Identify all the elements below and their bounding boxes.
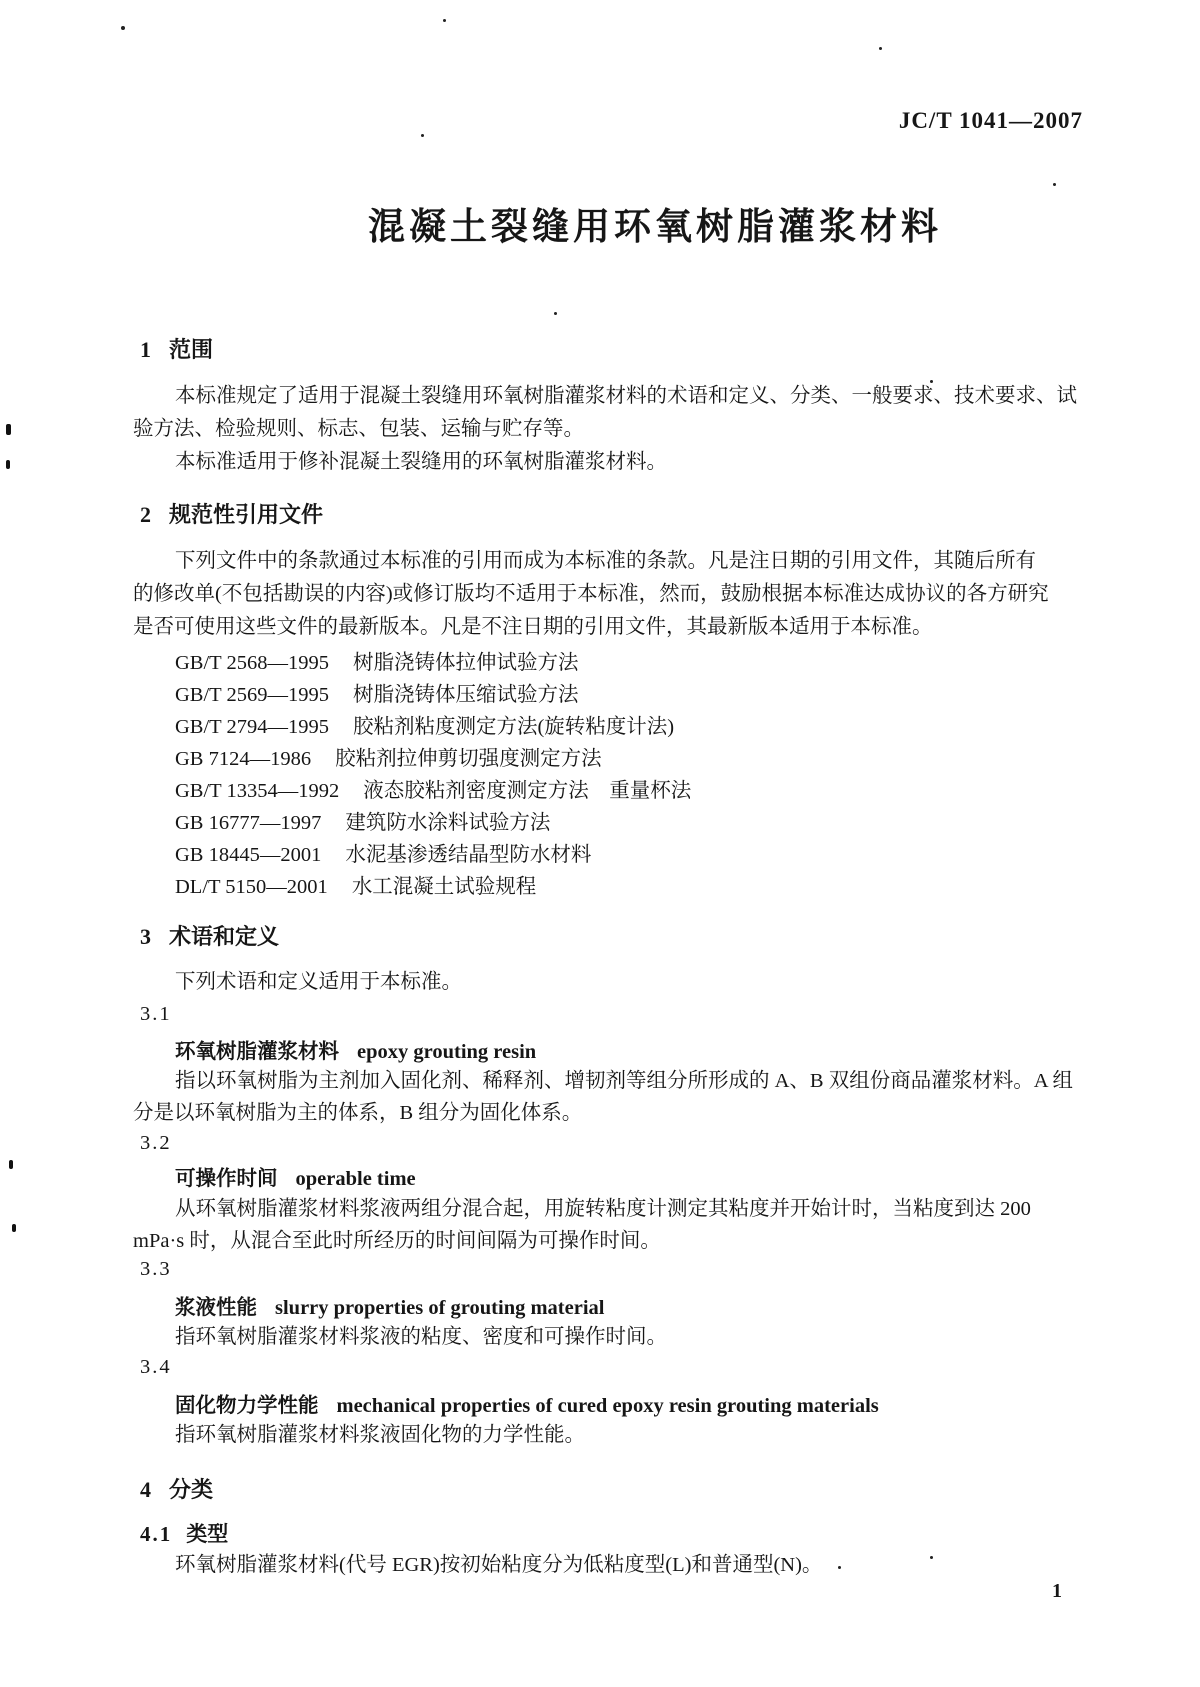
reference-code: GB/T 2569—1995	[175, 684, 329, 706]
scan-speck	[121, 26, 125, 30]
scan-speck	[838, 1566, 841, 1569]
section-4-heading: 4分类	[140, 1473, 213, 1504]
section-2-paragraph-line: 的修改单(不包括勘误的内容)或修订版均不适用于本标准，然而，鼓励根据本标准达成协…	[133, 579, 1049, 609]
term-en: epoxy grouting resin	[357, 1041, 536, 1063]
term-definition-line: 从环氧树脂灌浆材料浆液两组分混合起，用旋转粘度计测定其粘度并开始计时，当粘度到达…	[175, 1194, 1031, 1224]
scan-speck	[930, 380, 933, 383]
reference-item: DL/T 5150—2001水工混凝土试验规程	[175, 869, 536, 899]
reference-code: GB/T 13354—1992	[175, 780, 339, 802]
section-2-number: 2	[140, 502, 151, 528]
reference-code: DL/T 5150—2001	[175, 876, 328, 898]
section-2-title: 规范性引用文件	[169, 503, 323, 528]
reference-title: 建筑防水涂料试验方法	[345, 812, 550, 834]
scan-mark	[6, 424, 11, 435]
reference-code: GB 16777—1997	[175, 812, 321, 834]
term-heading: 浆液性能slurry properties of grouting materi…	[175, 1290, 604, 1320]
reference-item: GB 18445—2001水泥基渗透结晶型防水材料	[175, 837, 591, 867]
reference-item: GB/T 2794—1995胶粘剂粘度测定方法(旋转粘度计法)	[175, 709, 674, 739]
section-3-number: 3	[140, 924, 151, 950]
term-number: 3.3	[140, 1258, 172, 1281]
term-heading: 环氧树脂灌浆材料epoxy grouting resin	[175, 1034, 536, 1064]
term-zh: 可操作时间	[175, 1166, 278, 1190]
scan-mark	[6, 460, 10, 469]
term-definition-line: 指以环氧树脂为主剂加入固化剂、稀释剂、增韧剂等组分所形成的 A、B 双组份商品灌…	[175, 1066, 1073, 1096]
reference-item: GB/T 2568—1995树脂浇铸体拉伸试验方法	[175, 645, 578, 675]
reference-code: GB 7124—1986	[175, 748, 311, 770]
page-number: 1	[1052, 1580, 1062, 1603]
section-4-number: 4	[140, 1477, 151, 1503]
reference-code: GB 18445—2001	[175, 844, 321, 866]
term-zh: 固化物力学性能	[175, 1393, 319, 1417]
scan-mark	[9, 1160, 13, 1169]
reference-item: GB/T 2569—1995树脂浇铸体压缩试验方法	[175, 677, 578, 707]
scan-speck	[1053, 183, 1056, 186]
section-1-heading: 1范围	[140, 333, 213, 364]
term-definition-line: mPa·s 时，从混合至此时所经历的时间间隔为可操作时间。	[133, 1226, 661, 1256]
term-definition-line: 指环氧树脂灌浆材料浆液的粘度、密度和可操作时间。	[175, 1322, 667, 1352]
section-3-intro: 下列术语和定义适用于本标准。	[175, 967, 462, 997]
scan-speck	[930, 1556, 933, 1559]
term-number: 3.1	[140, 1003, 172, 1026]
term-definition-line: 分是以环氧树脂为主的体系，B 组分为固化体系。	[133, 1098, 582, 1128]
section-1-paragraph-line: 验方法、检验规则、标志、包装、运输与贮存等。	[133, 414, 584, 444]
section-3-title: 术语和定义	[169, 925, 279, 950]
section-2-paragraph-line: 下列文件中的条款通过本标准的引用而成为本标准的条款。凡是注日期的引用文件，其随后…	[175, 546, 1036, 576]
section-4-1-heading: 4.1类型	[140, 1518, 228, 1548]
section-1-number: 1	[140, 337, 151, 363]
scan-speck	[554, 312, 557, 315]
reference-title: 液态胶粘剂密度测定方法 重量杯法	[363, 780, 691, 802]
document-title: 混凝土裂缝用环氧树脂灌浆材料	[368, 196, 942, 250]
scan-speck	[879, 47, 882, 50]
document-page: JC/T 1041—2007 混凝土裂缝用环氧树脂灌浆材料 1范围 本标准规定了…	[0, 0, 1200, 1687]
reference-title: 胶粘剂粘度测定方法(旋转粘度计法)	[353, 716, 674, 738]
term-en: mechanical properties of cured epoxy res…	[337, 1395, 879, 1417]
section-1-paragraph-line: 本标准规定了适用于混凝土裂缝用环氧树脂灌浆材料的术语和定义、分类、一般要求、技术…	[175, 381, 1077, 411]
section-1-paragraph-line: 本标准适用于修补混凝土裂缝用的环氧树脂灌浆材料。	[175, 447, 667, 477]
reference-code: GB/T 2568—1995	[175, 652, 329, 674]
section-2-heading: 2规范性引用文件	[140, 498, 323, 529]
section-4-paragraph: 环氧树脂灌浆材料(代号 EGR)按初始粘度分为低粘度型(L)和普通型(N)。	[175, 1550, 822, 1580]
section-2-paragraph-line: 是否可使用这些文件的最新版本。凡是不注日期的引用文件，其最新版本适用于本标准。	[133, 612, 933, 642]
reference-item: GB 7124—1986胶粘剂拉伸剪切强度测定方法	[175, 741, 602, 771]
section-4-title: 分类	[169, 1478, 213, 1503]
term-zh: 环氧树脂灌浆材料	[175, 1039, 339, 1063]
scan-speck	[421, 134, 424, 137]
scan-mark	[12, 1224, 16, 1232]
term-en: slurry properties of grouting material	[275, 1297, 604, 1319]
term-heading: 可操作时间operable time	[175, 1161, 416, 1191]
term-zh: 浆液性能	[175, 1295, 257, 1319]
reference-title: 水工混凝土试验规程	[352, 876, 537, 898]
section-3-heading: 3术语和定义	[140, 920, 279, 951]
term-number: 3.4	[140, 1356, 172, 1379]
section-4-1-number: 4.1	[140, 1522, 172, 1547]
reference-item: GB 16777—1997建筑防水涂料试验方法	[175, 805, 550, 835]
reference-title: 胶粘剂拉伸剪切强度测定方法	[335, 748, 602, 770]
term-en: operable time	[296, 1168, 416, 1190]
reference-item: GB/T 13354—1992液态胶粘剂密度测定方法 重量杯法	[175, 773, 691, 803]
term-number: 3.2	[140, 1132, 172, 1155]
reference-title: 水泥基渗透结晶型防水材料	[345, 844, 591, 866]
reference-title: 树脂浇铸体拉伸试验方法	[353, 652, 579, 674]
reference-title: 树脂浇铸体压缩试验方法	[353, 684, 579, 706]
reference-code: GB/T 2794—1995	[175, 716, 329, 738]
term-definition-line: 指环氧树脂灌浆材料浆液固化物的力学性能。	[175, 1420, 585, 1450]
term-heading: 固化物力学性能mechanical properties of cured ep…	[175, 1388, 879, 1418]
section-1-title: 范围	[169, 338, 213, 363]
section-4-1-title: 类型	[186, 1522, 228, 1546]
standard-code: JC/T 1041—2007	[899, 108, 1083, 134]
scan-speck	[443, 19, 446, 22]
